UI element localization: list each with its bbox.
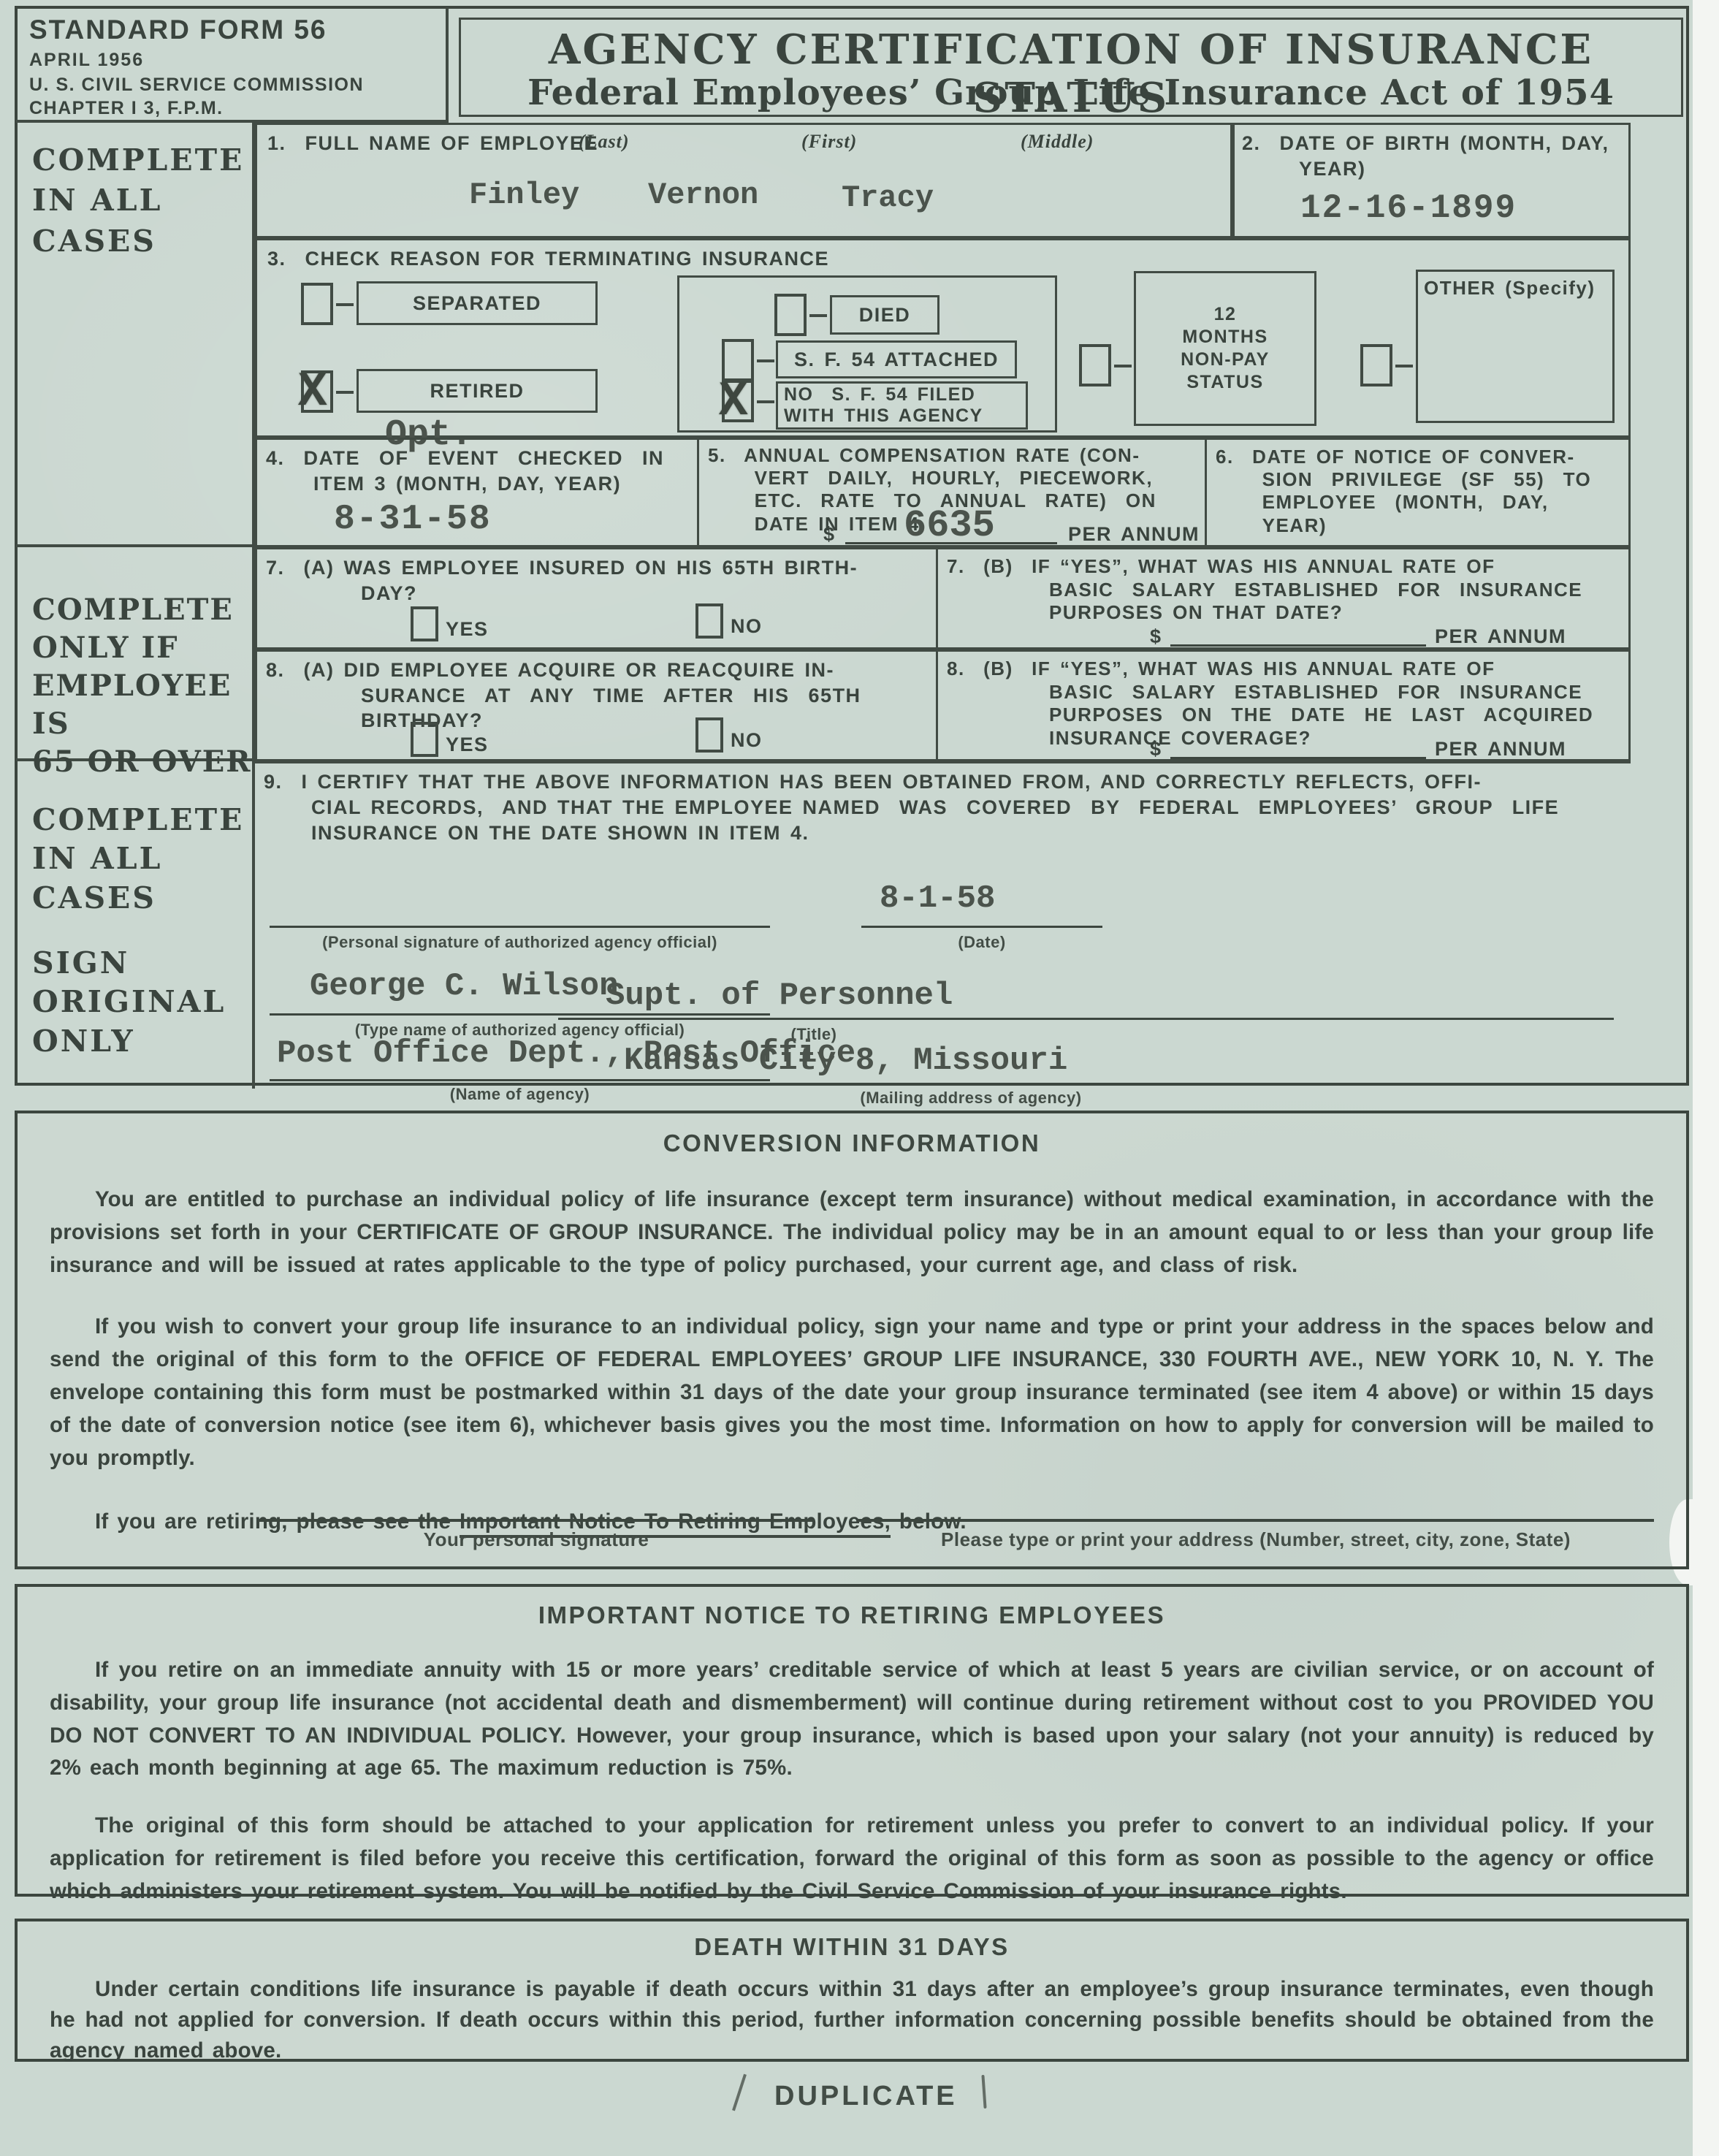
item8a-yes-label: YES [446,732,489,758]
item1-first-label: (First) [801,131,857,153]
separated-label-box: SEPARATED [357,281,598,325]
retired-check-mark: X [298,365,327,419]
address-line[interactable] [558,1083,1614,1085]
sf54-attached-label: S. F. 54 ATTACHED [794,347,999,373]
item8b-currency: $ [1150,736,1162,762]
scanned-form-page: STANDARD FORM 56 APRIL 1956 U. S. CIVIL … [0,0,1719,2156]
death-title: DEATH WITHIN 31 DAYS [18,1933,1686,1961]
item4-date-event-box: 4. DATE OF EVENT CHECKED IN ITEM 3 (MONT… [255,438,699,547]
item1-name-box: 1. FULL NAME OF EMPLOYEE (Last) (First) … [255,123,1232,238]
item6-label: 6. DATE OF NOTICE OF CONVER- SION PRIVIL… [1216,446,1591,537]
died-label: DIED [859,302,911,328]
other-checkbox[interactable] [1360,344,1392,386]
nonpay-dash [1114,365,1132,367]
date-line[interactable] [861,926,1102,928]
item8a-no-label: NO [731,728,763,753]
pen-mark-left [732,2074,747,2111]
agency-line[interactable] [270,1079,770,1081]
item8a-yes-checkbox[interactable] [411,722,438,757]
item1-value-middle[interactable]: Tracy [842,180,934,216]
died-label-box: DIED [830,295,939,335]
nonpay-label-box: 12 MONTHS NON-PAY STATUS [1134,271,1316,426]
item5-per-annum: PER ANNUM [1068,522,1200,547]
died-dash [809,314,827,317]
form-commission: U. S. CIVIL SERVICE COMMISSION [29,75,364,96]
item1-last-label: (Last) [579,131,630,153]
item5-currency: $ [823,522,836,547]
personal-signature-caption-2: Your personal signature [259,1528,814,1551]
retiring-notice-box: IMPORTANT NOTICE TO RETIRING EMPLOYEES I… [15,1584,1689,1897]
item3-reason-box: 3. CHECK REASON FOR TERMINATING INSURANC… [255,238,1631,438]
item5-compensation-box: 5. ANNUAL COMPENSATION RATE (CON- VERT D… [697,438,1207,547]
nonpay-checkbox[interactable] [1079,344,1111,386]
address-value[interactable]: Kansas City 8, Missouri [624,1043,1067,1079]
retired-checkbox[interactable]: X [301,370,333,413]
form-chapter: CHAPTER I 3, F.P.M. [29,98,224,119]
retiring-notice-paragraph-1: If you retire on an immediate annuity wi… [50,1654,1654,1785]
item1-middle-label: (Middle) [1021,131,1094,153]
conversion-info-title: CONVERSION INFORMATION [18,1130,1686,1157]
title-line[interactable] [558,1018,1614,1020]
item4-value[interactable]: 8-31-58 [334,500,492,539]
item9-certification-box: 9. I CERTIFY THAT THE ABOVE INFORMATION … [255,761,1631,1089]
item7b-box: 7. (B) IF “YES”, WHAT WAS HIS ANNUAL RAT… [936,547,1631,650]
retired-label: RETIRED [430,378,524,404]
item7b-label: 7. (B) IF “YES”, WHAT WAS HIS ANNUAL RAT… [947,555,1582,625]
form-date: APRIL 1956 [29,50,144,71]
item7a-no-checkbox[interactable] [695,603,723,639]
no-sf54-dash [757,400,774,403]
date-value[interactable]: 8-1-58 [880,880,995,917]
typed-name-value[interactable]: George C. Wilson [310,968,618,1005]
item3-label: 3. CHECK REASON FOR TERMINATING INSURANC… [267,246,829,272]
duplicate-label: DUPLICATE [774,2081,958,2112]
retired-dash [336,391,354,394]
no-sf54-label: NO S. F. 54 FILED WITH THIS AGENCY [784,384,983,427]
item8b-box: 8. (B) IF “YES”, WHAT WAS HIS ANNUAL RAT… [936,650,1631,761]
title-value[interactable]: Supt. of Personnel [606,978,953,1014]
item7a-label: 7. (A) WAS EMPLOYEE INSURED ON HIS 65TH … [266,555,858,606]
item2-dob-box: 2. DATE OF BIRTH (MONTH, DAY, YEAR) 12-1… [1232,123,1631,238]
other-label: OTHER (Specify) [1424,276,1596,300]
sf54-attached-dash [757,359,774,362]
form-outer-box: STANDARD FORM 56 APRIL 1956 U. S. CIVIL … [15,6,1689,1086]
conversion-info-box: CONVERSION INFORMATION You are entitled … [15,1111,1689,1569]
item5-value[interactable]: 6635 [904,504,995,547]
item1-label: 1. FULL NAME OF EMPLOYEE [267,131,598,156]
item2-value[interactable]: 12-16-1899 [1300,189,1517,227]
form-id-box: STANDARD FORM 56 APRIL 1956 U. S. CIVIL … [16,7,449,123]
other-dash [1395,365,1413,367]
other-label-box: OTHER (Specify) [1416,270,1615,423]
item7a-no-label: NO [731,614,763,639]
pen-mark-right [981,2075,986,2109]
address-entry-caption: Please type or print your address (Numbe… [858,1528,1654,1551]
personal-signature-line[interactable] [270,926,770,928]
side-label-sign-original: SIGN ORIGINAL ONLY [32,944,226,1061]
side-label-65-or-over: COMPLETE ONLY IF EMPLOYEE IS 65 OR OVER [32,591,252,781]
side-label-complete-all-2: COMPLETE IN ALL CASES [32,801,244,918]
address-caption: (Mailing address of agency) [715,1089,1227,1108]
scan-paper-edge [1693,0,1719,2156]
personal-signature-line-2[interactable] [259,1519,814,1522]
side-section-2: COMPLETE ONLY IF EMPLOYEE IS 65 OR OVER [16,547,255,761]
item8b-value-line[interactable] [1170,757,1426,759]
side-section-1: COMPLETE IN ALL CASES [16,123,255,547]
item7b-value-line[interactable] [1170,644,1426,647]
separated-label: SEPARATED [413,291,541,316]
item7b-per-annum: PER ANNUM [1435,624,1566,650]
separated-checkbox[interactable] [301,283,333,325]
form-subtitle: Federal Employees’ Group Life Insurance … [461,72,1681,113]
retired-label-box: RETIRED [357,369,598,413]
nonpay-label: 12 MONTHS NON-PAY STATUS [1181,309,1270,389]
address-entry-line[interactable] [858,1519,1654,1522]
item8a-box: 8. (A) DID EMPLOYEE ACQUIRE OR REACQUIRE… [255,650,938,761]
item1-value-last[interactable]: Finley [469,178,579,213]
item8a-no-checkbox[interactable] [695,717,723,753]
item7a-yes-label: YES [446,617,489,642]
form-number: STANDARD FORM 56 [29,15,327,45]
item8b-per-annum: PER ANNUM [1435,736,1566,762]
date-caption: (Date) [861,933,1102,952]
no-sf54-check-mark: X [719,374,748,429]
item9-text: 9. I CERTIFY THAT THE ABOVE INFORMATION … [264,769,1559,846]
death-within-31-days-box: DEATH WITHIN 31 DAYS Under certain condi… [15,1919,1689,2062]
agency-caption: (Name of agency) [270,1085,770,1104]
item4-label: 4. DATE OF EVENT CHECKED IN ITEM 3 (MONT… [266,446,664,496]
item1-value-first[interactable]: Vernon [648,178,758,213]
item7a-box: 7. (A) WAS EMPLOYEE INSURED ON HIS 65TH … [255,547,938,650]
no-sf54-checkbox[interactable]: X [722,380,754,422]
item6-conversion-notice-box: 6. DATE OF NOTICE OF CONVER- SION PRIVIL… [1205,438,1631,547]
sf54-attached-label-box: S. F. 54 ATTACHED [776,340,1017,378]
side-label-complete-all-1: COMPLETE IN ALL CASES [32,140,244,262]
retiring-notice-paragraph-2: The original of this form should be atta… [50,1810,1654,1908]
retiring-notice-title: IMPORTANT NOTICE TO RETIRING EMPLOYEES [18,1601,1686,1629]
died-checkbox[interactable] [774,294,807,336]
separated-dash [336,303,354,306]
item7b-currency: $ [1150,624,1162,650]
conversion-p3-prefix-wrap: If you wish to convert your group life i… [50,1314,1654,1469]
personal-signature-caption: (Personal signature of authorized agency… [270,933,770,952]
form-title-box: AGENCY CERTIFICATION OF INSURANCE STATUS… [459,18,1683,117]
no-sf54-label-box: NO S. F. 54 FILED WITH THIS AGENCY [776,381,1028,430]
death-paragraph: Under certain conditions life insurance … [50,1974,1654,2066]
item2-label: 2. DATE OF BIRTH (MONTH, DAY, YEAR) [1242,131,1609,181]
item8a-label: 8. (A) DID EMPLOYEE ACQUIRE OR REACQUIRE… [266,658,861,734]
item7a-yes-checkbox[interactable] [411,606,438,641]
conversion-paragraph-1: You are entitled to purchase an individu… [50,1184,1654,1281]
conversion-paragraph-2: If you wish to convert your group life i… [50,1311,1654,1474]
side-section-3: COMPLETE IN ALL CASES SIGN ORIGINAL ONLY [16,761,255,1089]
died-sf54-group-box: DIED S. F. 54 ATTACHED X NO S. F. 54 FIL… [677,275,1057,433]
